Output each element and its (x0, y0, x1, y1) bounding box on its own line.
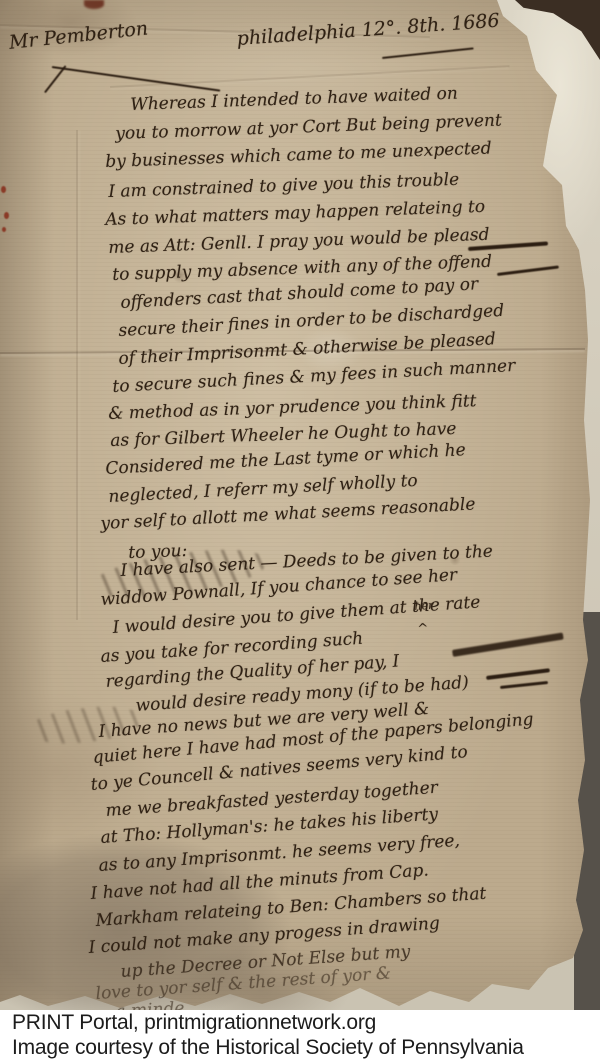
caption-credit-line: Image courtesy of the Historical Society… (12, 1036, 524, 1060)
caption-portal-line: PRINT Portal, printmigrationnetwork.org (12, 1011, 376, 1035)
interlinear-insertion: her (414, 599, 434, 613)
insertion-caret: ^ (417, 621, 429, 637)
ink-stain-top-left (84, 0, 104, 9)
caption-bar: PRINT Portal, printmigrationnetwork.org … (0, 1010, 600, 1063)
red-stain-speck (2, 227, 6, 232)
red-stain-speck (1, 186, 6, 193)
manuscript-photo: Mr Pemberton philadelphia 12°. 8th. 1686… (0, 0, 600, 1063)
red-stain-speck (4, 212, 9, 219)
